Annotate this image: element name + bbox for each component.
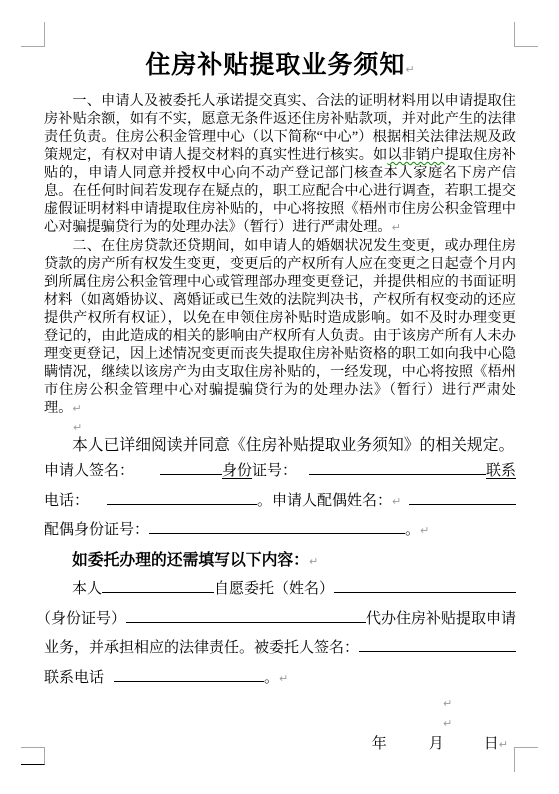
applicant-id-label-underlined: 身份 (222, 457, 252, 487)
consent-statement: 本人已详细阅读并同意《住房补贴提取业务须知》的相关规定。 (44, 435, 516, 457)
margin-crop-mark-top-right (514, 22, 538, 47)
paragraph-mark: ↵ (499, 738, 508, 751)
spouse-id-label: 配偶身份证号： (44, 516, 149, 546)
contact-phone-blank[interactable] (107, 488, 257, 505)
empty-paragraph: ↵ (44, 713, 516, 733)
title-line: 住房补贴提取业务须知↵ (44, 46, 516, 86)
trustee-phone-blank[interactable] (114, 665, 264, 682)
document-body: 住房补贴提取业务须知↵ 一、申请人及被委托人承诺提交真实、合法的证明材料用以申请… (44, 46, 516, 755)
consent-text: 本人已详细阅读并同意《住房补贴提取业务须知》的相关规定。 (72, 437, 514, 454)
paragraph-mark: ↵ (443, 697, 452, 710)
margin-crop-mark-bottom-left (21, 747, 45, 765)
trustee-id-blank[interactable] (126, 606, 366, 623)
trustee-id-label: （身份证号） (36, 605, 126, 635)
paragraph-mark: ↵ (279, 664, 288, 694)
paragraph-mark: ↵ (309, 547, 318, 577)
applicant-signature-blank[interactable] (160, 458, 222, 475)
paragraph-mark: ↵ (392, 487, 401, 517)
notice-paragraph-2: 二、在住房贷款还贷期间，如申请人的婚姻状况发生变更，或办理住房贷款的房产所有权发… (44, 237, 516, 418)
delegation-principal-line: 本人 自愿委托（姓名） (44, 575, 516, 605)
month-label: 月 (429, 736, 444, 752)
trustee-phone-line: 联系电话 。 ↵ (44, 664, 516, 694)
trustee-name-blank[interactable] (334, 576, 516, 593)
phone-label: 电话： (44, 487, 89, 517)
empty-paragraph: ↵ (44, 418, 516, 435)
document-page: { "marks": { "pilcrow": "↵" }, "title": … (0, 0, 559, 794)
applicant-signature-label: 申请人签名： (44, 457, 134, 487)
spellcheck-flagged-text: 以非销户 (387, 147, 444, 163)
date-line: 年月日↵ (44, 733, 516, 755)
applicant-id-blank[interactable] (309, 458, 486, 475)
responsibility-label: 业务，并承担相应的法律责任。被委托人签名： (44, 634, 359, 664)
day-label: 日 (484, 736, 499, 752)
year-label: 年 (372, 736, 387, 752)
applicant-id-label: 证号： (252, 457, 297, 487)
agent-action-label: 代办住房补贴提取申请 (366, 605, 516, 635)
entrust-label: 自愿委托（姓名） (214, 575, 334, 605)
phone-spouse-line: 电话： 。申请人配偶姓名： ↵ (44, 487, 516, 517)
trustee-signature-line: 业务，并承担相应的法律责任。被委托人签名： (44, 634, 516, 664)
paragraph-mark: ↵ (443, 717, 452, 730)
paragraph-mark: ↵ (405, 63, 414, 76)
notice-paragraph-1: 一、申请人及被委托人承诺提交真实、合法的证明材料用以申请提取住房补贴余额，如有不… (44, 92, 516, 237)
principal-label: 本人 (72, 575, 102, 605)
paragraph-mark: ↵ (392, 221, 401, 234)
margin-crop-mark-top-left (21, 22, 45, 47)
spouse-id-line: 配偶身份证号： 。 ↵ (44, 516, 516, 546)
paragraph-text: 二、在住房贷款还贷期间，如申请人的婚姻状况发生变更，或办理住房贷款的房产所有权发… (44, 238, 516, 416)
applicant-signature-line: 申请人签名： 身份 证号： 联系 (44, 457, 516, 487)
paragraph-mark: ↵ (72, 402, 81, 415)
paragraph-mark: ↵ (73, 421, 82, 434)
spouse-id-blank[interactable] (149, 517, 405, 534)
trustee-phone-label: 联系电话 (44, 664, 104, 694)
trustee-id-line: （身份证号） 代办住房补贴提取申请 (36, 605, 516, 635)
page-title: 住房补贴提取业务须知 (145, 52, 405, 79)
delegation-heading-line: 如委托办理的还需填写以下内容： ↵ (44, 546, 516, 576)
full-stop: 。 (264, 664, 279, 694)
trustee-signature-blank[interactable] (359, 635, 516, 652)
margin-crop-mark-bottom-right (514, 747, 538, 772)
principal-name-blank[interactable] (102, 576, 214, 593)
delegation-heading: 如委托办理的还需填写以下内容： (72, 546, 309, 576)
spouse-name-label: 。申请人配偶姓名： (257, 487, 392, 517)
empty-paragraph: ↵ (44, 693, 516, 713)
full-stop: 。 (405, 516, 420, 546)
paragraph-mark: ↵ (420, 516, 429, 546)
spouse-name-blank[interactable] (409, 488, 516, 505)
contact-label-tail: 联系 (486, 457, 516, 487)
